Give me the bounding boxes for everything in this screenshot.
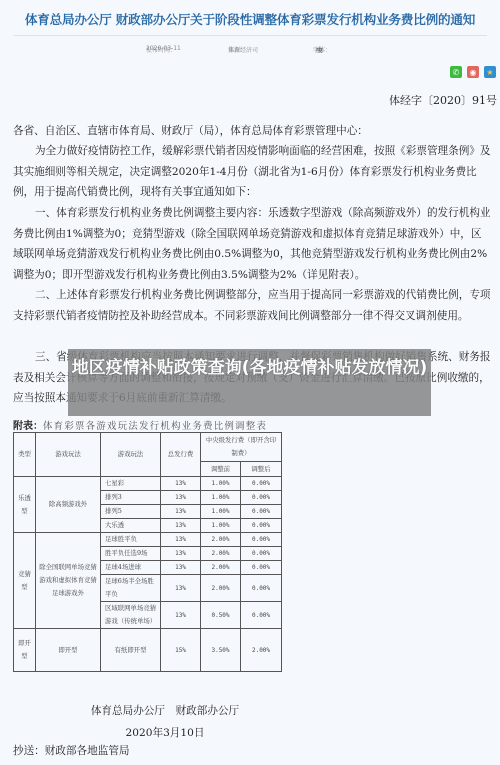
after-cell: 0.00%: [241, 505, 282, 519]
publish-date-value: 2020-03-11: [146, 45, 181, 52]
signature: 体育总局办公厅 财政部办公厅: [0, 703, 330, 718]
total-cell: 13%: [161, 575, 201, 602]
header-central-fee: 中央级发行费（即开含印制费）: [201, 433, 282, 462]
paragraph-1: 一、体育彩票发行机构业务费比例调整主要内容：乐透数字型游戏（除高频游戏外）的发行…: [13, 203, 491, 285]
after-cell: 0.00%: [241, 519, 282, 533]
after-cell: 0.00%: [241, 477, 282, 491]
total-cell: 15%: [161, 629, 201, 672]
before-cell: 1.00%: [201, 519, 241, 533]
document-number: 体经字〔2020〕91号: [389, 92, 497, 108]
header-play: 游戏玩法: [36, 433, 101, 477]
before-cell: 2.00%: [201, 575, 241, 602]
before-cell: 1.00%: [201, 505, 241, 519]
after-cell: 0.00%: [241, 602, 282, 629]
type-cell: 即开型: [14, 629, 36, 672]
category-cell: 除全国联网单场竞猜游戏和虚拟体育竞猜足球游戏外: [36, 533, 101, 629]
game-cell: 有纸即开型: [101, 629, 161, 672]
total-cell: 13%: [161, 491, 201, 505]
table-header-row: 类型 游戏玩法 游戏玩法 总发行费 中央级发行费（即开含印制费）: [14, 433, 282, 462]
category-cell: 即开型: [36, 629, 101, 672]
after-cell: 0.00%: [241, 533, 282, 547]
type-cell: 竞猜型: [14, 533, 36, 629]
before-cell: 1.00%: [201, 477, 241, 491]
fee-adjustment-table: 类型 游戏玩法 游戏玩法 总发行费 中央级发行费（即开含印制费） 调整前 调整后…: [13, 432, 282, 672]
font-size-small[interactable]: 小: [316, 45, 323, 54]
before-cell: 3.50%: [201, 629, 241, 672]
after-cell: 2.00%: [241, 629, 282, 672]
game-cell: 七星彩: [101, 477, 161, 491]
table-row: 乐透型 除高频游戏外 七星彩 13% 1.00% 0.00%: [14, 477, 282, 491]
annex-title: 体育彩票各游戏玩法发行机构业务费比例调整表: [43, 421, 267, 432]
total-cell: 13%: [161, 519, 201, 533]
game-cell: 胜平负任选9场: [101, 547, 161, 561]
game-cell: 足球4场进球: [101, 561, 161, 575]
article-title: 体育总局办公厅 财政部办公厅关于阶段性调整体育彩票发行机构业务费比例的通知: [0, 9, 500, 28]
sign-date: 2020年3月10日: [0, 725, 330, 740]
type-cell: 乐透型: [14, 477, 36, 533]
header-before: 调整前: [201, 462, 241, 477]
header-total-fee: 总发行费: [161, 433, 201, 477]
total-cell: 13%: [161, 533, 201, 547]
article-meta: 发布时间：2020-03-11 来源：体育经济司 字体：大中小: [0, 45, 500, 57]
paragraph-2: 二、上述体育彩票发行机构业务费比例调整部分，应当用于提高同一彩票游戏的代销费比例…: [13, 285, 491, 326]
game-cell: 排列5: [101, 505, 161, 519]
overlay-banner: 地区疫情补贴政策查询(各地疫情补贴发放情况): [68, 349, 431, 416]
game-cell: 足球6场半全场胜平负: [101, 575, 161, 602]
total-cell: 13%: [161, 547, 201, 561]
after-cell: 0.00%: [241, 491, 282, 505]
total-cell: 13%: [161, 602, 201, 629]
before-cell: 2.00%: [201, 547, 241, 561]
weibo-icon[interactable]: ◉: [467, 66, 479, 78]
game-cell: 区域联网单场竞猜游戏（传统单场）: [101, 602, 161, 629]
table-row: 竞猜型 除全国联网单场竞猜游戏和虚拟体育竞猜足球游戏外 足球胜平负 13% 2.…: [14, 533, 282, 547]
wechat-icon[interactable]: ✆: [450, 66, 462, 78]
category-cell: 除高频游戏外: [36, 477, 101, 533]
source-value: 体育经济司: [228, 45, 258, 54]
share-bar: ✆ ◉ ★: [450, 66, 496, 78]
before-cell: 0.50%: [201, 602, 241, 629]
game-cell: 足球胜平负: [101, 533, 161, 547]
header-type: 类型: [14, 433, 36, 477]
salutation: 各省、自治区、直辖市体育局、财政厅（局），体育总局体育彩票管理中心：: [13, 121, 491, 142]
total-cell: 13%: [161, 505, 201, 519]
header-after: 调整后: [241, 462, 282, 477]
before-cell: 1.00%: [201, 491, 241, 505]
after-cell: 0.00%: [241, 575, 282, 602]
annex-label: 附表：: [13, 421, 43, 432]
game-cell: 大乐透: [101, 519, 161, 533]
game-cell: 排列3: [101, 491, 161, 505]
header-game: 游戏玩法: [101, 433, 161, 477]
cc-recipients: 抄送：财政部各地监管局: [13, 743, 130, 758]
after-cell: 0.00%: [241, 547, 282, 561]
before-cell: 2.00%: [201, 561, 241, 575]
after-cell: 0.00%: [241, 561, 282, 575]
favorite-icon[interactable]: ★: [484, 66, 496, 78]
paragraph-intro: 为全力做好疫情防控工作，缓解彩票代销者因疫情影响面临的经营困难，按照《彩票管理条…: [13, 141, 491, 203]
table-row: 即开型 即开型 有纸即开型 15% 3.50% 2.00%: [14, 629, 282, 672]
total-cell: 13%: [161, 477, 201, 491]
total-cell: 13%: [161, 561, 201, 575]
annex-caption: 附表：体育彩票各游戏玩法发行机构业务费比例调整表: [13, 417, 267, 432]
title-divider: [13, 35, 487, 36]
before-cell: 2.00%: [201, 533, 241, 547]
